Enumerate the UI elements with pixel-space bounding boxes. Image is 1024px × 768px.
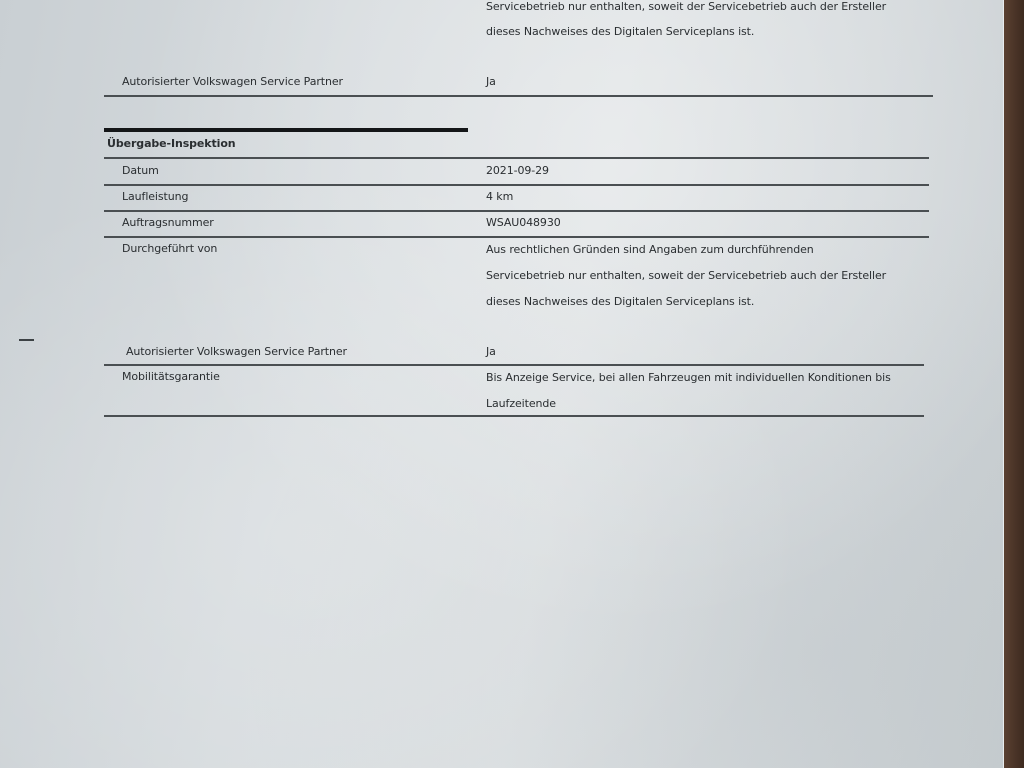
row-value-mobilitaetsgarantie-line2: Laufzeitende bbox=[486, 397, 556, 410]
row-label-durchgefuehrt-von: Durchgeführt von bbox=[122, 242, 217, 255]
row-label-auftragsnummer: Auftragsnummer bbox=[122, 216, 214, 229]
divider bbox=[104, 157, 929, 159]
row-label-datum: Datum bbox=[122, 164, 159, 177]
row-value-durchgefuehrt-von-line3: dieses Nachweises des Digitalen Servicep… bbox=[486, 295, 754, 308]
divider bbox=[104, 364, 924, 366]
row-value-durchgefuehrt-von-line1: Aus rechtlichen Gründen sind Angaben zum… bbox=[486, 243, 814, 256]
row-value-laufleistung: 4 km bbox=[486, 190, 513, 203]
row-value-datum: 2021-09-29 bbox=[486, 164, 549, 177]
row-value-durchgefuehrt-von-line2: Servicebetrieb nur enthalten, soweit der… bbox=[486, 269, 886, 282]
table-edge bbox=[1003, 0, 1024, 768]
section-title: Übergabe-Inspektion bbox=[107, 137, 236, 150]
section-heading-bar bbox=[104, 128, 468, 132]
row-label-mobilitaetsgarantie: Mobilitätsgarantie bbox=[122, 370, 220, 383]
prev-authorized-partner-value: Ja bbox=[486, 75, 496, 88]
prev-performed-by-value-line3: dieses Nachweises des Digitalen Servicep… bbox=[486, 25, 754, 38]
paper-background bbox=[0, 0, 1024, 768]
row-value-mobilitaetsgarantie-line1: Bis Anzeige Service, bei allen Fahrzeuge… bbox=[486, 371, 891, 384]
row-label-laufleistung: Laufleistung bbox=[122, 190, 188, 203]
row-value-auftragsnummer: WSAU048930 bbox=[486, 216, 561, 229]
divider bbox=[104, 95, 933, 97]
divider bbox=[104, 415, 924, 417]
prev-authorized-partner-label: Autorisierter Volkswagen Service Partner bbox=[122, 75, 343, 88]
row-label-authorized-partner: Autorisierter Volkswagen Service Partner bbox=[126, 345, 347, 358]
row-value-authorized-partner: Ja bbox=[486, 345, 496, 358]
prev-performed-by-value-line2: Servicebetrieb nur enthalten, soweit der… bbox=[486, 0, 886, 13]
divider bbox=[104, 210, 929, 212]
margin-mark bbox=[19, 339, 34, 341]
divider bbox=[104, 184, 929, 186]
divider bbox=[104, 236, 929, 238]
